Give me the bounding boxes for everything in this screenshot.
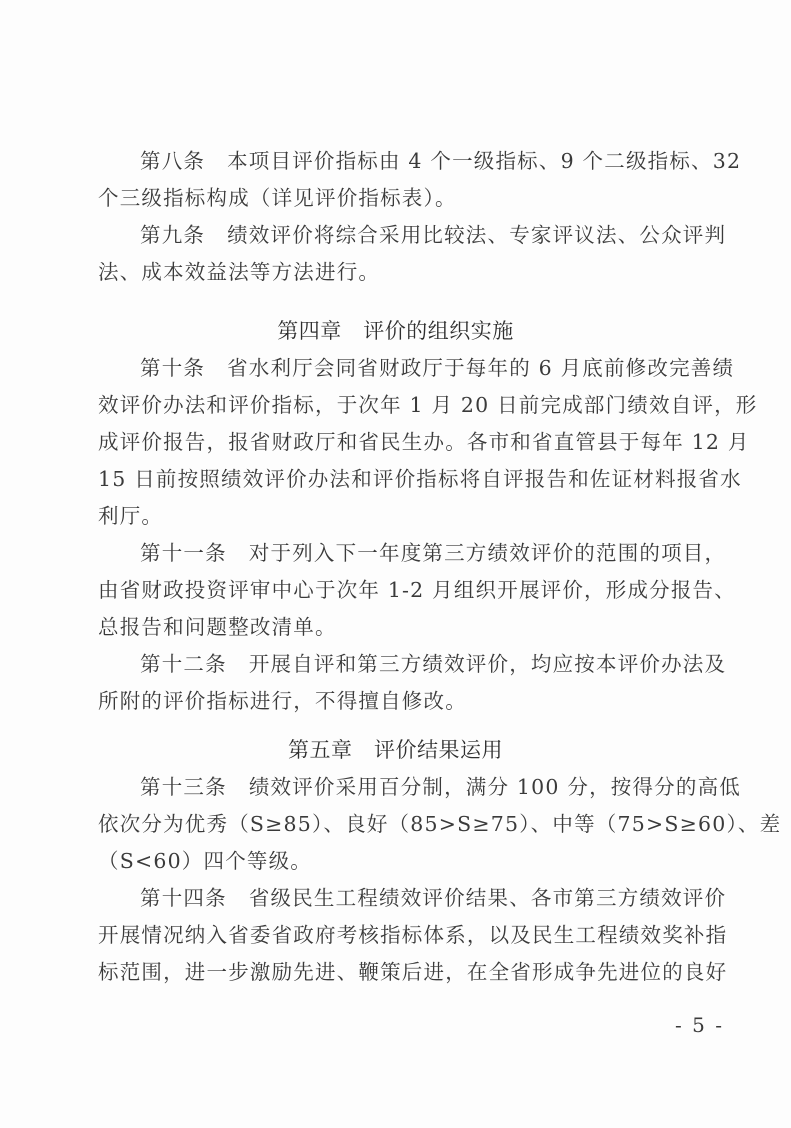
article-8-line-2: 个三级指标构成（详见评价指标表）。: [98, 186, 698, 210]
article-13-line-2: 依次分为优秀（S≥85）、良好（85>S≥75）、中等（75>S≥60）、差: [98, 812, 698, 836]
article-9-line-1: 第九条绩效评价将综合采用比较法、专家评议法、公众评判: [140, 223, 740, 247]
article-text: 对于列入下一年度第三方绩效评价的范围的项目，: [249, 541, 726, 565]
article-text: 省级民生工程绩效评价结果、各市第三方绩效评价: [249, 886, 726, 910]
article-14-line-3: 标范围，进一步激励先进、鞭策后进，在全省形成争先进位的良好: [98, 960, 698, 984]
article-10-line-5: 利厅。: [98, 504, 698, 528]
article-11-line-1: 第十一条对于列入下一年度第三方绩效评价的范围的项目，: [140, 541, 740, 565]
article-12-line-1: 第十二条开展自评和第三方绩效评价，均应按本评价办法及: [140, 652, 740, 676]
article-text: 省水利厅会同省财政厅于每年的 6 月底前修改完善绩: [227, 356, 734, 380]
article-text: 开展自评和第三方绩效评价，均应按本评价办法及: [249, 652, 726, 676]
article-11-line-2: 由省财政投资评审中心于次年 1-2 月组织开展评价，形成分报告、: [98, 578, 698, 602]
article-label: 第十一条: [140, 541, 227, 565]
article-label: 第十二条: [140, 652, 227, 676]
article-8-line-1: 第八条本项目评价指标由 4 个一级指标、9 个二级指标、32: [140, 149, 740, 173]
article-text: 本项目评价指标由 4 个一级指标、9 个二级指标、32: [227, 149, 741, 173]
article-text: 绩效评价采用百分制，满分 100 分，按得分的高低: [249, 775, 741, 799]
article-10-line-3: 成评价报告，报省财政厅和省民生办。各市和省直管县于每年 12 月: [98, 430, 698, 454]
article-14-line-2: 开展情况纳入省委省政府考核指标体系，以及民生工程绩效奖补指: [98, 923, 698, 947]
chapter-5-title: 第五章 评价结果运用: [0, 738, 791, 762]
article-10-line-2: 效评价办法和评价指标，于次年 1 月 20 日前完成部门绩效自评，形: [98, 393, 698, 417]
article-label: 第九条: [140, 223, 205, 247]
document-page: 第八条本项目评价指标由 4 个一级指标、9 个二级指标、32 个三级指标构成（详…: [0, 0, 791, 1128]
article-11-line-3: 总报告和问题整改清单。: [98, 615, 698, 639]
article-label: 第十条: [140, 356, 205, 380]
article-13-line-3: （S<60）四个等级。: [98, 849, 698, 873]
article-label: 第十三条: [140, 775, 227, 799]
page-number: - 5 -: [675, 1013, 724, 1037]
chapter-4-title: 第四章 评价的组织实施: [0, 319, 791, 343]
article-10-line-1: 第十条省水利厅会同省财政厅于每年的 6 月底前修改完善绩: [140, 356, 740, 380]
article-13-line-1: 第十三条绩效评价采用百分制，满分 100 分，按得分的高低: [140, 775, 740, 799]
article-text: 绩效评价将综合采用比较法、专家评议法、公众评判: [227, 223, 726, 247]
article-14-line-1: 第十四条省级民生工程绩效评价结果、各市第三方绩效评价: [140, 886, 740, 910]
article-9-line-2: 法、成本效益法等方法进行。: [98, 260, 698, 284]
article-label: 第十四条: [140, 886, 227, 910]
article-10-line-4: 15 日前按照绩效评价办法和评价指标将自评报告和佐证材料报省水: [98, 467, 698, 491]
article-12-line-2: 所附的评价指标进行，不得擅自修改。: [98, 689, 698, 713]
article-label: 第八条: [140, 149, 205, 173]
